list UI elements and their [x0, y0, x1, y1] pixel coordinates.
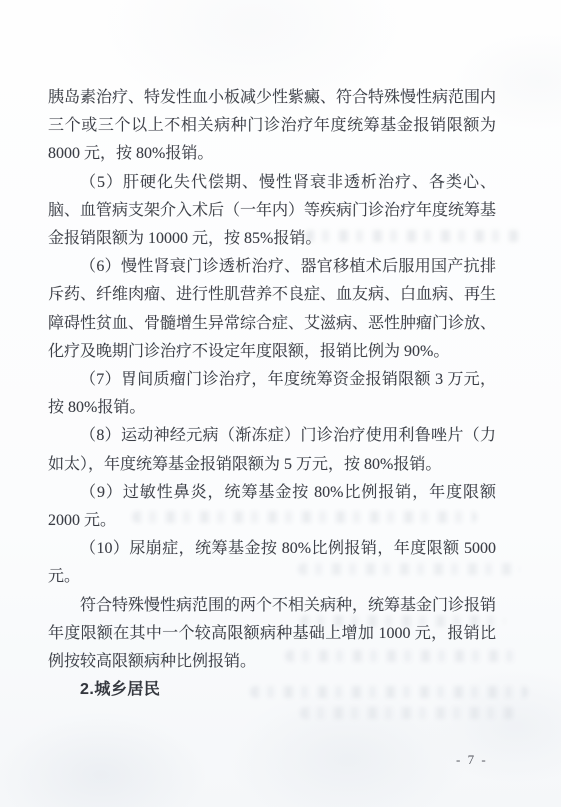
- paragraph-insulin-continuation: 胰岛素治疗、特发性血小板减少性紫癜、符合特殊慢性病范围内三个或三个以上不相关病种…: [48, 84, 496, 169]
- paragraph-item-10: （10）尿崩症，统筹基金按 80%比例报销，年度限额 5000 元。: [48, 535, 496, 591]
- paragraph-item-8: （8）运动神经元病（渐冻症）门诊治疗使用利鲁唑片（力如太），年度统筹基金报销限额…: [48, 422, 496, 478]
- document-body-text: 胰岛素治疗、特发性血小板减少性紫癜、符合特殊慢性病范围内三个或三个以上不相关病种…: [48, 84, 496, 704]
- paragraph-item-5: （5）肝硬化失代偿期、慢性肾衰非透析治疗、各类心、脑、血管病支架介入术后（一年内…: [48, 169, 496, 254]
- scanned-document-page: 胰岛素治疗、特发性血小板减少性紫癜、符合特殊慢性病范围内三个或三个以上不相关病种…: [0, 0, 561, 807]
- bleed-through-artifact: [300, 707, 515, 719]
- paragraph-item-9: （9）过敏性鼻炎，统筹基金按 80%比例报销，年度限额 2000 元。: [48, 479, 496, 535]
- page-number: - 7 -: [456, 752, 488, 768]
- paragraph-two-diseases-rule: 符合特殊慢性病范围的两个不相关病种，统筹基金门诊报销年度限额在其中一个较高限额病…: [48, 592, 496, 677]
- paragraph-item-7: （7）胃间质瘤门诊治疗，年度统筹资金报销限额 3 万元，按 80%报销。: [48, 366, 496, 422]
- section-heading-urban-rural-residents: 2.城乡居民: [48, 676, 496, 704]
- paragraph-item-6: （6）慢性肾衰门诊透析治疗、器官移植术后服用国产抗排斥药、纤维肉瘤、进行性肌营养…: [48, 253, 496, 366]
